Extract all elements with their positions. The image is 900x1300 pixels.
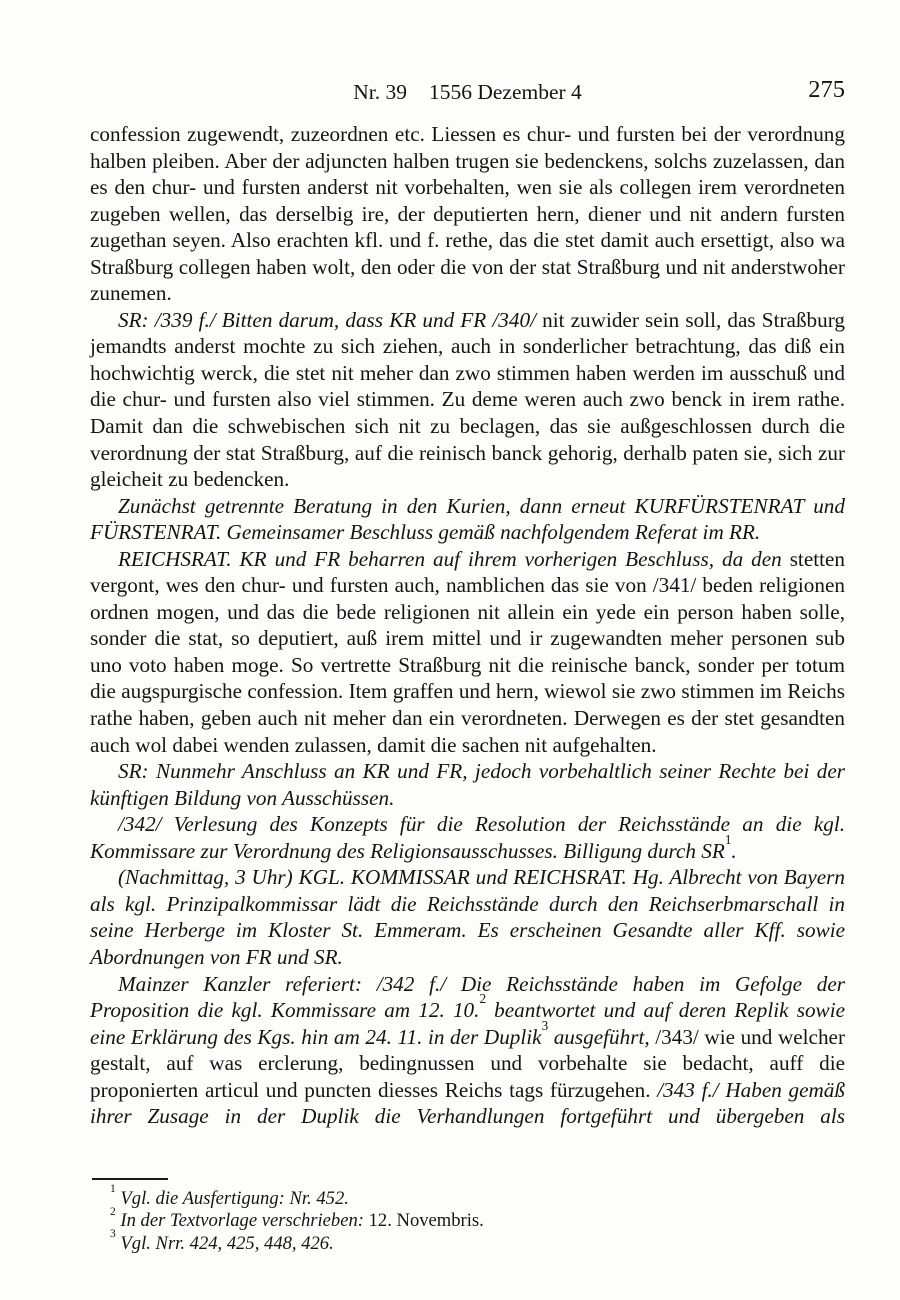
editorial-summary: REICHSRAT. KR und FR beharren auf ihrem …: [118, 547, 790, 571]
footnote-text-roman: 12. Novembris.: [369, 1210, 484, 1231]
footnote-ref-1: 1: [725, 832, 732, 847]
editorial-summary: (Nachmittag, 3 Uhr) KGL. KOMMISSAR und R…: [90, 865, 845, 969]
editorial-summary: SR: /339 f./ Bitten darum, dass KR und F…: [118, 308, 542, 332]
footnote-text: Vgl. die Ausfertigung: Nr. 452.: [120, 1188, 348, 1209]
footnote-ref-3: 3: [542, 1018, 549, 1033]
footnote-marker-3: 3: [110, 1228, 116, 1240]
paragraph-3: Zunächst getrennte Beratung in den Kurie…: [90, 493, 845, 546]
editorial-summary: SR: Nunmehr Anschluss an KR und FR, jedo…: [90, 759, 845, 810]
paragraph-text: confession zugewendt, zuzeordnen etc. Li…: [90, 122, 845, 305]
source-quote: nit zuwider sein soll, das Straßburg jem…: [90, 308, 845, 491]
editorial-summary: ausgeführt,: [548, 1025, 655, 1049]
footnote-marker-2: 2: [110, 1206, 116, 1218]
footnote-ref-2: 2: [479, 991, 486, 1006]
paragraph-6: /342/ Verlesung des Konzepts für die Res…: [90, 811, 845, 864]
footnote-2: 2 In der Textvorlage verschrieben: 12. N…: [90, 1210, 845, 1232]
editorial-summary: .: [731, 839, 736, 863]
footnotes: 1 Vgl. die Ausfertigung: Nr. 452. 2 In d…: [90, 1178, 845, 1255]
running-header-title: Nr. 391556 Dezember 4: [90, 80, 845, 105]
paragraph-1: confession zugewendt, zuzeordnen etc. Li…: [90, 121, 845, 307]
footnote-text: In der Textvorlage verschrieben:: [120, 1210, 368, 1231]
paragraph-5: SR: Nunmehr Anschluss an KR und FR, jedo…: [90, 758, 845, 811]
footnote-rule: [92, 1178, 168, 1180]
paragraph-8: Mainzer Kanzler referiert: /342 f./ Die …: [90, 971, 845, 1130]
footnote-text: Vgl. Nrr. 424, 425, 448, 426.: [120, 1233, 333, 1254]
page-number: 275: [808, 76, 845, 104]
source-quote: stetten vergont, wes den chur- und furst…: [90, 547, 845, 757]
paragraph-7: (Nachmittag, 3 Uhr) KGL. KOMMISSAR und R…: [90, 864, 845, 970]
footnote-marker-1: 1: [110, 1183, 116, 1195]
book-page: Nr. 391556 Dezember 4 275 confession zug…: [0, 0, 900, 1300]
footnote-3: 3 Vgl. Nrr. 424, 425, 448, 426.: [90, 1233, 845, 1255]
paragraph-4: REICHSRAT. KR und FR beharren auf ihrem …: [90, 546, 845, 758]
body-text: confession zugewendt, zuzeordnen etc. Li…: [90, 121, 845, 1130]
doc-date: 1556 Dezember 4: [429, 80, 582, 104]
doc-number: Nr. 39: [353, 80, 407, 104]
editorial-summary: Zunächst getrennte Beratung in den Kurie…: [90, 494, 845, 545]
paragraph-2: SR: /339 f./ Bitten darum, dass KR und F…: [90, 307, 845, 493]
running-header: Nr. 391556 Dezember 4 275: [90, 80, 845, 108]
footnote-1: 1 Vgl. die Ausfertigung: Nr. 452.: [90, 1188, 845, 1210]
